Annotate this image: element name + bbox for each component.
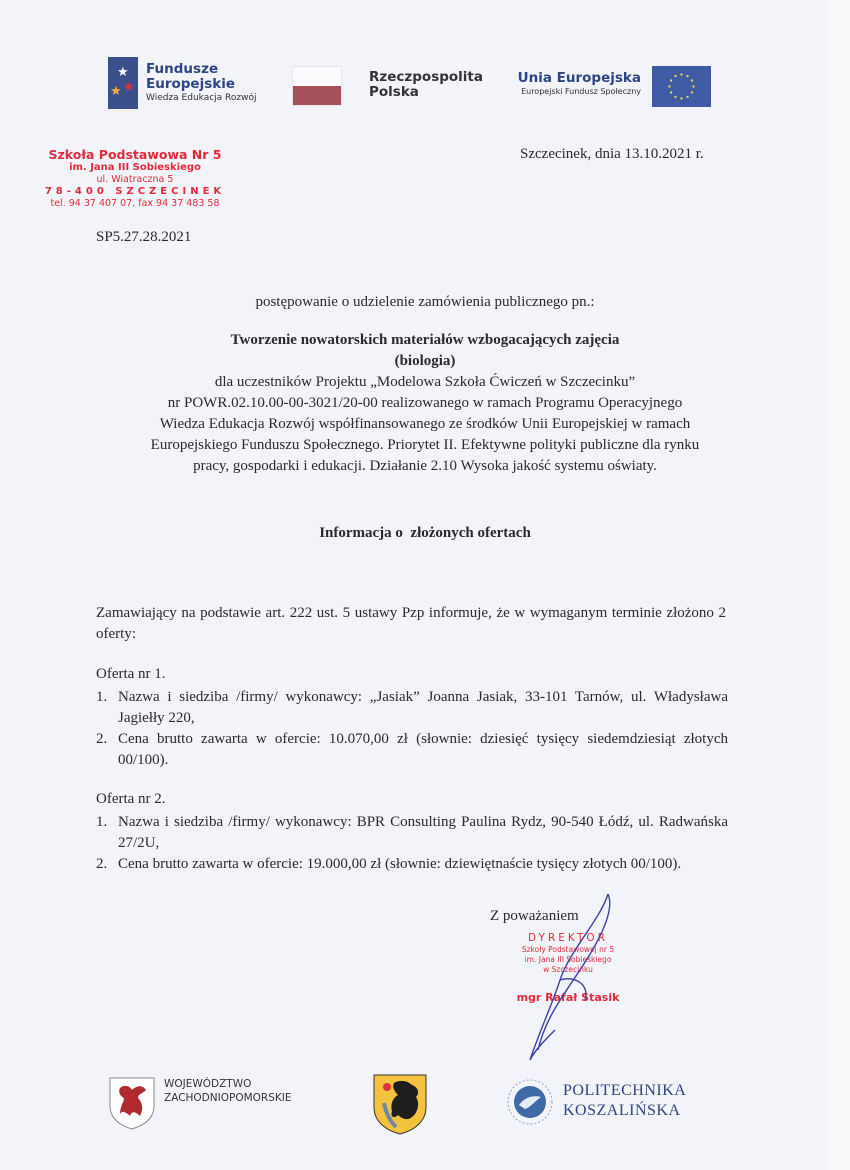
document-date: Szczecinek, dnia 13.10.2021 r. bbox=[520, 146, 704, 163]
list-item: 2. Cena brutto zawarta w ofercie: 10.070… bbox=[96, 729, 728, 771]
info-paragraph: Zamawiający na podstawie art. 222 ust. 5… bbox=[96, 603, 726, 645]
zachodniopomorskie-crest-icon bbox=[108, 1076, 156, 1130]
list-item: 1. Nazwa i siedziba /firmy/ wykonawcy: „… bbox=[96, 687, 728, 729]
eu-flag-icon bbox=[652, 66, 711, 107]
wojewodztwo-text: WOJEWÓDZTWO ZACHODNIOPOMORSKIE bbox=[164, 1077, 291, 1105]
offer-1-label: Oferta nr 1. bbox=[96, 666, 166, 683]
item-text: Nazwa i siedziba /firmy/ wykonawcy: „Jas… bbox=[118, 687, 728, 729]
school-stamp: Szkoła Podstawowa Nr 5 im. Jana III Sobi… bbox=[40, 147, 230, 210]
item-text: Cena brutto zawarta w ofercie: 19.000,00… bbox=[118, 854, 728, 875]
stamp-school-name: Szkoła Podstawowa Nr 5 bbox=[40, 147, 230, 162]
info-heading: Informacja o złożonych ofertach bbox=[60, 523, 790, 544]
list-item: 1. Nazwa i siedziba /firmy/ wykonawcy: B… bbox=[96, 812, 728, 854]
procurement-title: Tworzenie nowatorskich materiałów wzboga… bbox=[60, 330, 790, 372]
politechnika-koszalinska-logo-icon bbox=[505, 1077, 555, 1127]
offer-1-list: 1. Nazwa i siedziba /firmy/ wykonawcy: „… bbox=[96, 687, 728, 771]
handwritten-signature-icon bbox=[500, 890, 630, 1070]
offer-2-list: 1. Nazwa i siedziba /firmy/ wykonawcy: B… bbox=[96, 812, 728, 875]
item-number: 1. bbox=[96, 812, 118, 854]
stamp-patron: im. Jana III Sobieskiego bbox=[40, 162, 230, 174]
item-number: 2. bbox=[96, 854, 118, 875]
fe-line2: Europejskie bbox=[146, 77, 257, 92]
intro-line: postępowanie o udzielenie zamówienia pub… bbox=[60, 292, 790, 313]
unia-europejska-text: Unia Europejska Europejski Fundusz Społe… bbox=[505, 70, 641, 98]
item-number: 1. bbox=[96, 687, 118, 729]
polish-flag-icon bbox=[292, 66, 342, 106]
fe-line1: Fundusze bbox=[146, 62, 257, 77]
region-line1: WOJEWÓDZTWO bbox=[164, 1077, 291, 1091]
item-number: 2. bbox=[96, 729, 118, 771]
university-line2: KOSZALIŃSKA bbox=[563, 1101, 686, 1121]
stamp-city: 78-400 SZCZECINEK bbox=[40, 186, 230, 198]
list-item: 2. Cena brutto zawarta w ofercie: 19.000… bbox=[96, 854, 728, 875]
item-text: Cena brutto zawarta w ofercie: 10.070,00… bbox=[118, 729, 728, 771]
university-line1: POLITECHNIKA bbox=[563, 1081, 686, 1101]
stamp-phone: tel. 94 37 407 07, fax 94 37 483 58 bbox=[40, 198, 230, 210]
eu-line2: Europejski Fundusz Społeczny bbox=[505, 86, 641, 98]
fundusze-europejskie-text: Fundusze Europejskie Wiedza Edukacja Roz… bbox=[146, 62, 257, 105]
reference-number: SP5.27.28.2021 bbox=[96, 229, 191, 246]
rzeczpospolita-polska-text: Rzeczpospolita Polska bbox=[369, 70, 483, 100]
project-line: dla uczestników Projektu „Modelowa Szkoł… bbox=[60, 372, 790, 393]
region-line2: ZACHODNIOPOMORSKIE bbox=[164, 1091, 291, 1105]
eu-line1: Unia Europejska bbox=[505, 70, 641, 86]
politechnika-text: POLITECHNIKA KOSZALIŃSKA bbox=[563, 1081, 686, 1121]
pl-line2: Polska bbox=[369, 85, 483, 100]
title-line2: (biologia) bbox=[60, 351, 790, 372]
item-text: Nazwa i siedziba /firmy/ wykonawcy: BPR … bbox=[118, 812, 728, 854]
page-edge bbox=[828, 0, 850, 1170]
project-line: Europejskiego Funduszu Społecznego. Prio… bbox=[60, 435, 790, 456]
project-line: Wiedza Edukacja Rozwój współfinansowaneg… bbox=[60, 414, 790, 435]
project-description: dla uczestników Projektu „Modelowa Szkoł… bbox=[60, 372, 790, 477]
fundusze-europejskie-logo-icon: ★ ★ ★ bbox=[108, 57, 138, 109]
pl-line1: Rzeczpospolita bbox=[369, 70, 483, 85]
project-line: nr POWR.02.10.00-00-3021/20-00 realizowa… bbox=[60, 393, 790, 414]
fe-line3: Wiedza Edukacja Rozwój bbox=[146, 92, 257, 105]
project-line: pracy, gospodarki i edukacji. Działanie … bbox=[60, 456, 790, 477]
offer-2-label: Oferta nr 2. bbox=[96, 791, 166, 808]
powiat-crest-icon bbox=[372, 1073, 428, 1135]
title-line1: Tworzenie nowatorskich materiałów wzboga… bbox=[60, 330, 790, 351]
stamp-street: ul. Wiatraczna 5 bbox=[40, 174, 230, 186]
